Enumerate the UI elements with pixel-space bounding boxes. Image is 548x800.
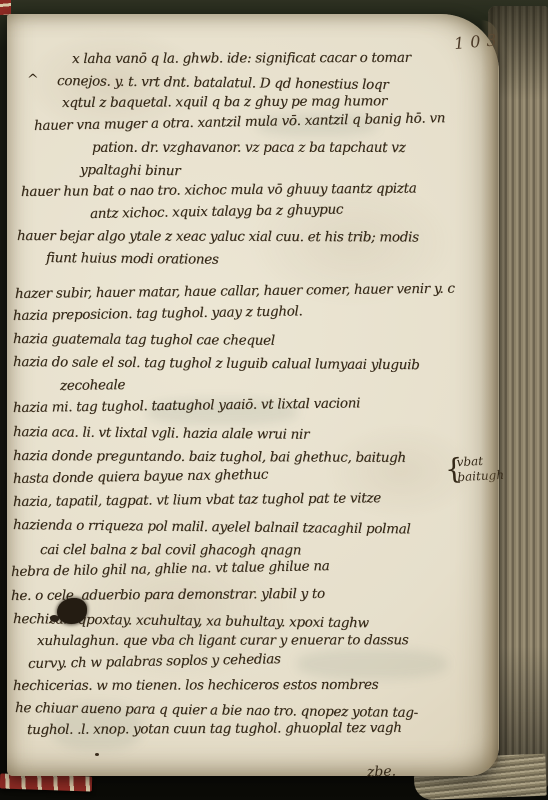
manuscript-line: hazienda o rriqueza pol malil. ayelel ba…: [13, 518, 411, 537]
manuscript-line: antz xichoc. xquix talayg ba z ghuypuc: [90, 202, 343, 221]
manuscript-line: he chiuar aueno para q quier a bie nao t…: [15, 701, 418, 721]
margin-note-line: vbat: [456, 453, 503, 470]
manuscript-line: curvy. ch w palabras soplos y cehedias: [28, 652, 281, 672]
manuscript-line: pation. dr. vzghavanor. vz paca z ba tap…: [92, 141, 405, 156]
margin-note-line: baitugh: [457, 468, 504, 485]
manuscript-line: hauer vna muger a otra. xantzil mula vō.…: [34, 111, 445, 134]
manuscript-line: hazia aca. li. vt lixtal vgli. hazia ala…: [13, 425, 309, 443]
manuscript-line: conejos. y. t. vrt dnt. batalatul. D qd …: [57, 74, 389, 93]
brace-mark: {: [444, 451, 464, 487]
manuscript-line: hazer subir, hauer matar, haue callar, h…: [15, 282, 455, 302]
manuscript-line: hasta donde quiera bayue nax ghethuc: [13, 468, 268, 487]
photo-background: 103 ^ x laha vanō q la. ghwb. ide: signi…: [0, 0, 548, 800]
manuscript-line: xuhulaghun. que vba ch ligant curar y en…: [37, 633, 408, 649]
manuscript-line: hazia, tapatil, tagpat. vt lium vbat taz…: [13, 491, 381, 510]
ink-speck: [95, 753, 99, 756]
margin-note: { vbat baitugh: [456, 453, 504, 485]
manuscript-line: hazia do sale el sol. tag tughol z lugui…: [13, 355, 420, 373]
manuscript-text-block: x laha vanō q la. ghwb. ide: significat …: [7, 14, 499, 776]
manuscript-line: xqtul z baquetal. xquil q ba z ghuy pe m…: [62, 94, 387, 111]
catchword: zbe.: [367, 763, 397, 780]
manuscript-line: hazia mi. tag tughol. taatughol yaaiō. v…: [13, 396, 360, 416]
manuscript-line: zecoheale: [60, 378, 125, 394]
manuscript-line: he. o cele, aduerbio para demonstrar. yl…: [11, 587, 325, 604]
endband-top: [0, 0, 11, 15]
manuscript-line: cai clel balna z bal covil ghacogh qnagn: [40, 543, 301, 558]
manuscript-line: hebra de hilo ghil na, ghlie na. vt talu…: [11, 559, 330, 580]
manuscript-line: hechicerias. w mo tienen. los hechiceros…: [13, 678, 378, 694]
endband-bottom: [0, 773, 92, 791]
manuscript-page: 103 ^ x laha vanō q la. ghwb. ide: signi…: [7, 14, 499, 776]
manuscript-line: fiunt huius modi orationes: [46, 251, 219, 268]
manuscript-line: x laha vanō q la. ghwb. ide: significat …: [72, 51, 411, 67]
manuscript-line: ypaltaghi binur: [80, 163, 181, 179]
manuscript-line: hauer hun bat o nao tro. xichoc mula vō …: [21, 181, 417, 199]
manuscript-line: hazia guatemala tag tughol cae chequel: [13, 332, 275, 349]
manuscript-line: hazia preposicion. tag tughol. yaay z tu…: [13, 304, 303, 323]
manuscript-line: tughol. .l. xnop. yotan cuun tag tughol.…: [27, 721, 402, 738]
manuscript-line: hazia donde preguntando. baiz tughol, ba…: [13, 449, 406, 466]
ink-blot: [57, 598, 87, 624]
manuscript-line: hauer bejar algo ytale z xeac yaluc xial…: [17, 229, 419, 245]
